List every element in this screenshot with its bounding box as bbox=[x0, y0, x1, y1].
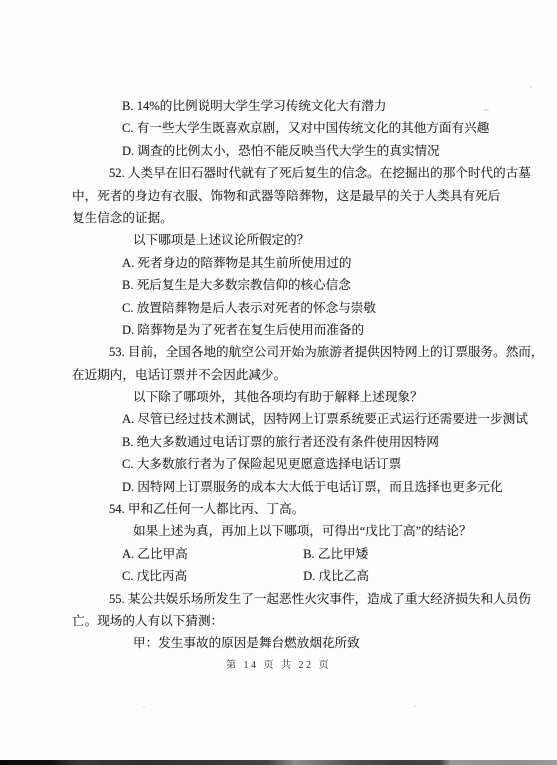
q53-prompt: 以下除了哪项外，其他各项均有助于解释上述现象？ bbox=[0, 386, 557, 408]
q54-option-c: C. 戊比丙高 bbox=[122, 565, 300, 587]
scan-speck bbox=[530, 86, 532, 88]
q53-option-a: A. 尽管已经过技术测试，因特网上订票系统要正式运行还需要进一步测试 bbox=[0, 408, 557, 430]
q52-body-line-2: 中，死者的身边有衣服、饰物和武器等陪葬物，这是最早的关于人类具有死后 bbox=[0, 185, 557, 207]
q51-option-d: D. 调查的比例太小，恐怕不能反映当代大学生的真实情况 bbox=[0, 140, 557, 162]
q53-body-line-2: 在近期内，电话订票并不会因此减少。 bbox=[0, 364, 557, 386]
q53-body-line-1: 53. 目前，全国各地的航空公司开始为旅游者提供因特网上的订票服务。然而， bbox=[0, 341, 557, 363]
q54-option-d: D. 戊比乙高 bbox=[303, 569, 369, 583]
q52-option-a: A. 死者身边的陪葬物是其生前所使用过的 bbox=[0, 252, 557, 274]
q54-option-b: B. 乙比甲矮 bbox=[303, 547, 368, 561]
q52-option-b: B. 死后复生是大多数宗教信仰的核心信念 bbox=[0, 274, 557, 296]
exam-text-block: B. 14%的比例说明大学生学习传统文化大有潜力 C. 有一些大学生既喜欢京剧，… bbox=[0, 95, 557, 677]
q55-guess-jia: 甲：发生事故的原因是舞台燃放烟花所致 bbox=[0, 632, 557, 654]
scan-speck bbox=[143, 706, 145, 708]
scan-bottom-edge-shadow bbox=[0, 760, 557, 765]
scan-speck bbox=[414, 705, 416, 707]
q52-option-c: C. 放置陪葬物是后人表示对死者的怀念与崇敬 bbox=[0, 297, 557, 319]
footer-page-number: 第 14 页 共 22 页 bbox=[0, 655, 557, 677]
q54-options-row-2: C. 戊比丙高 D. 戊比乙高 bbox=[0, 565, 557, 587]
q51-option-c: C. 有一些大学生既喜欢京剧，又对中国传统文化的其他方面有兴趣 bbox=[0, 117, 557, 139]
q52-prompt: 以下哪项是上述议论所假定的？ bbox=[0, 229, 557, 251]
q53-option-c: C. 大多数旅行者为了保险起见更愿意选择电话订票 bbox=[0, 453, 557, 475]
q53-option-d: D. 因特网上订票服务的成本大大低于电话订票，而且选择也更多元化 bbox=[0, 476, 557, 498]
q54-prompt: 如果上述为真，再加上以下哪项，可得出“戊比丁高”的结论？ bbox=[0, 520, 557, 542]
q51-option-b: B. 14%的比例说明大学生学习传统文化大有潜力 bbox=[0, 95, 557, 117]
q52-body-line-1: 52. 人类早在旧石器时代就有了死后复生的信念。在挖掘出的那个时代的古墓 bbox=[0, 162, 557, 184]
scan-speck bbox=[484, 109, 489, 111]
q52-option-d: D. 陪葬物是为了死者在复生后使用而准备的 bbox=[0, 319, 557, 341]
q54-body-line-1: 54. 甲和乙任何一人都比丙、丁高。 bbox=[0, 498, 557, 520]
q55-body-line-1: 55. 某公共娱乐场所发生了一起恶性火灾事件，造成了重大经济损失和人员伤 bbox=[0, 588, 557, 610]
q54-option-a: A. 乙比甲高 bbox=[122, 543, 300, 565]
q53-option-b: B. 绝大多数通过电话订票的旅行者还没有条件使用因特网 bbox=[0, 431, 557, 453]
q54-options-row-1: A. 乙比甲高 B. 乙比甲矮 bbox=[0, 543, 557, 565]
q55-body-line-2: 亡。现场的人有以下猜测： bbox=[0, 610, 557, 632]
scanned-exam-page: B. 14%的比例说明大学生学习传统文化大有潜力 C. 有一些大学生既喜欢京剧，… bbox=[0, 0, 557, 765]
q52-body-line-3: 复生信念的证据。 bbox=[0, 207, 557, 229]
